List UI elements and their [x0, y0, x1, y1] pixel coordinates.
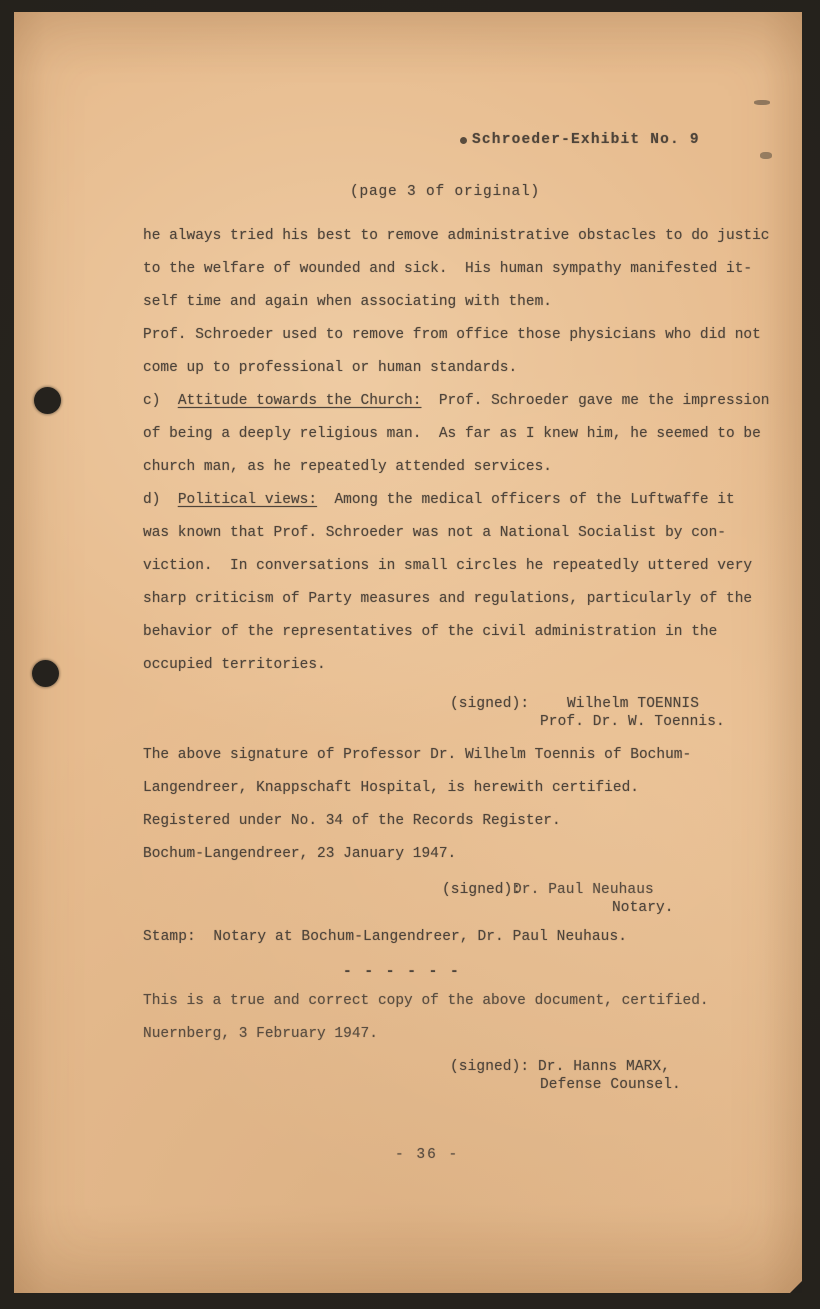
text-line: of being a deeply religious man. As far …: [143, 426, 770, 459]
signatory-name: Wilhelm TOENNIS: [567, 695, 699, 713]
signatory-title: Notary.: [612, 899, 674, 917]
text-line: come up to professional or human standar…: [143, 360, 770, 393]
text-line-item-d: d) Political views: Among the medical of…: [143, 492, 770, 525]
text-line: church man, as he repeatedly attended se…: [143, 459, 770, 492]
text-line: This is a true and correct copy of the a…: [143, 993, 709, 1026]
text-line: The above signature of Professor Dr. Wil…: [143, 747, 691, 780]
text-line: Langendreer, Knappschaft Hospital, is he…: [143, 780, 691, 813]
paper-corner-fold: [788, 1279, 802, 1293]
text-line: Bochum-Langendreer, 23 January 1947.: [143, 846, 691, 879]
body-text: he always tried his best to remove admin…: [143, 228, 770, 690]
punch-hole-bottom: [32, 660, 59, 687]
text-line-item-c: c) Attitude towards the Church: Prof. Sc…: [143, 393, 770, 426]
text-line: Prof. Schroeder used to remove from offi…: [143, 327, 770, 360]
text-line: Nuernberg, 3 February 1947.: [143, 1026, 709, 1059]
text-line: self time and again when associating wit…: [143, 294, 770, 327]
text-line: to the welfare of wounded and sick. His …: [143, 261, 770, 294]
text-line: behavior of the representatives of the c…: [143, 624, 770, 657]
closing-text: This is a true and correct copy of the a…: [143, 993, 709, 1059]
underlined-heading: Political views:: [178, 492, 317, 508]
signatory-title: Prof. Dr. W. Toennis.: [540, 713, 725, 731]
stamp-line: Stamp: Notary at Bochum-Langendreer, Dr.…: [143, 928, 627, 946]
page-note: (page 3 of original): [350, 183, 540, 201]
signed-label: (signed):: [450, 695, 529, 713]
signatory-title: Defense Counsel.: [540, 1076, 681, 1094]
signatory-name: Dr. Paul Neuhaus: [513, 881, 654, 899]
divider-dashes: - - - - - -: [343, 963, 461, 981]
signed-label: (signed):: [450, 1058, 529, 1076]
text-line: Registered under No. 34 of the Records R…: [143, 813, 691, 846]
punch-hole-top: [34, 387, 61, 414]
paper-smudge: [760, 152, 772, 159]
ink-dot: [460, 137, 467, 144]
text-line: he always tried his best to remove admin…: [143, 228, 770, 261]
text-line: occupied territories.: [143, 657, 770, 690]
text-line: viction. In conversations in small circl…: [143, 558, 770, 591]
scanned-document-page: Schroeder-Exhibit No. 9 (page 3 of origi…: [14, 12, 802, 1293]
text-line: was known that Prof. Schroeder was not a…: [143, 525, 770, 558]
certification-text: The above signature of Professor Dr. Wil…: [143, 747, 691, 879]
signatory-name: Dr. Hanns MARX,: [538, 1058, 670, 1076]
page-number: - 36 -: [395, 1146, 459, 1164]
text-line: sharp criticism of Party measures and re…: [143, 591, 770, 624]
underlined-heading: Attitude towards the Church:: [178, 393, 422, 409]
signed-label: (signed):: [442, 881, 521, 899]
exhibit-label: Schroeder-Exhibit No. 9: [472, 131, 700, 149]
paper-smudge: [754, 100, 770, 105]
